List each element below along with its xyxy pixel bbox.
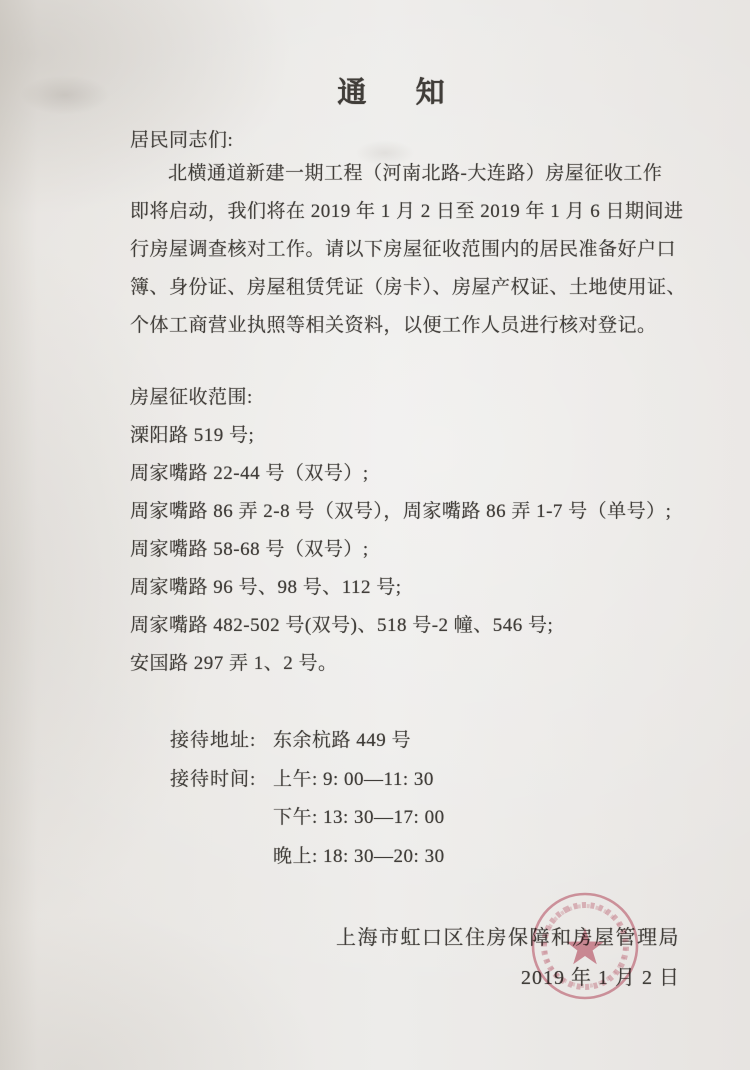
scanned-notice-page: 通 知 居民同志们: 北横通道新建一期工程（河南北路-大连路）房屋征收工作 即将… xyxy=(0,0,750,1070)
notice-title: 通 知 xyxy=(0,70,750,111)
reception-time-row: 下午: 13: 30—17: 00 xyxy=(170,805,445,844)
scope-item: 周家嘴路 96 号、98 号、112 号; xyxy=(130,576,671,614)
scope-heading: 房屋征收范围: xyxy=(130,386,671,424)
reception-address-row: 接待地址: 东余杭路 449 号 xyxy=(170,728,445,767)
reception-time-row: 接待时间: 上午: 9: 00—11: 30 xyxy=(170,767,445,806)
scope-section: 房屋征收范围: 溧阳路 519 号; 周家嘴路 22-44 号（双号）; 周家嘴… xyxy=(130,386,671,690)
reception-section: 接待地址: 东余杭路 449 号 接待时间: 上午: 9: 00—11: 30 … xyxy=(170,728,445,882)
salutation: 居民同志们: xyxy=(130,125,233,152)
body-line: 簿、身份证、房屋租赁凭证（房卡）、房屋产权证、土地使用证、 xyxy=(130,276,686,314)
reception-time-label-spacer xyxy=(170,844,273,883)
body-line: 即将启动，我们将在 2019 年 1 月 2 日至 2019 年 1 月 6 日… xyxy=(130,200,686,238)
reception-time-label-spacer xyxy=(170,805,273,844)
body-paragraph: 北横通道新建一期工程（河南北路-大连路）房屋征收工作 即将启动，我们将在 201… xyxy=(130,162,686,352)
reception-time-afternoon: 下午: 13: 30—17: 00 xyxy=(273,805,445,844)
scope-item: 溧阳路 519 号; xyxy=(130,424,671,462)
reception-address-value: 东余杭路 449 号 xyxy=(273,728,411,767)
reception-time-evening: 晚上: 18: 30—20: 30 xyxy=(273,844,445,883)
scope-item: 周家嘴路 22-44 号（双号）; xyxy=(130,462,671,500)
body-line: 行房屋调查核对工作。请以下房屋征收范围内的居民准备好户口 xyxy=(130,238,686,276)
body-line: 北横通道新建一期工程（河南北路-大连路）房屋征收工作 xyxy=(130,162,686,200)
seal-star-icon xyxy=(566,928,604,964)
official-seal-stamp xyxy=(525,886,645,1006)
scope-item: 周家嘴路 58-68 号（双号）; xyxy=(130,538,671,576)
reception-address-label: 接待地址: xyxy=(170,728,273,767)
reception-time-row: 晚上: 18: 30—20: 30 xyxy=(170,844,445,883)
scope-item: 周家嘴路 86 弄 2-8 号（双号），周家嘴路 86 弄 1-7 号（单号）; xyxy=(130,500,671,538)
official-seal-graphic xyxy=(525,886,645,1006)
scope-item: 周家嘴路 482-502 号(双号)、518 号-2 幢、546 号; xyxy=(130,614,671,652)
body-line: 个体工商营业执照等相关资料，以便工作人员进行核对登记。 xyxy=(130,314,686,352)
reception-time-label: 接待时间: xyxy=(170,767,273,806)
reception-time-morning: 上午: 9: 00—11: 30 xyxy=(273,767,434,806)
scope-item: 安国路 297 弄 1、2 号。 xyxy=(130,652,671,690)
